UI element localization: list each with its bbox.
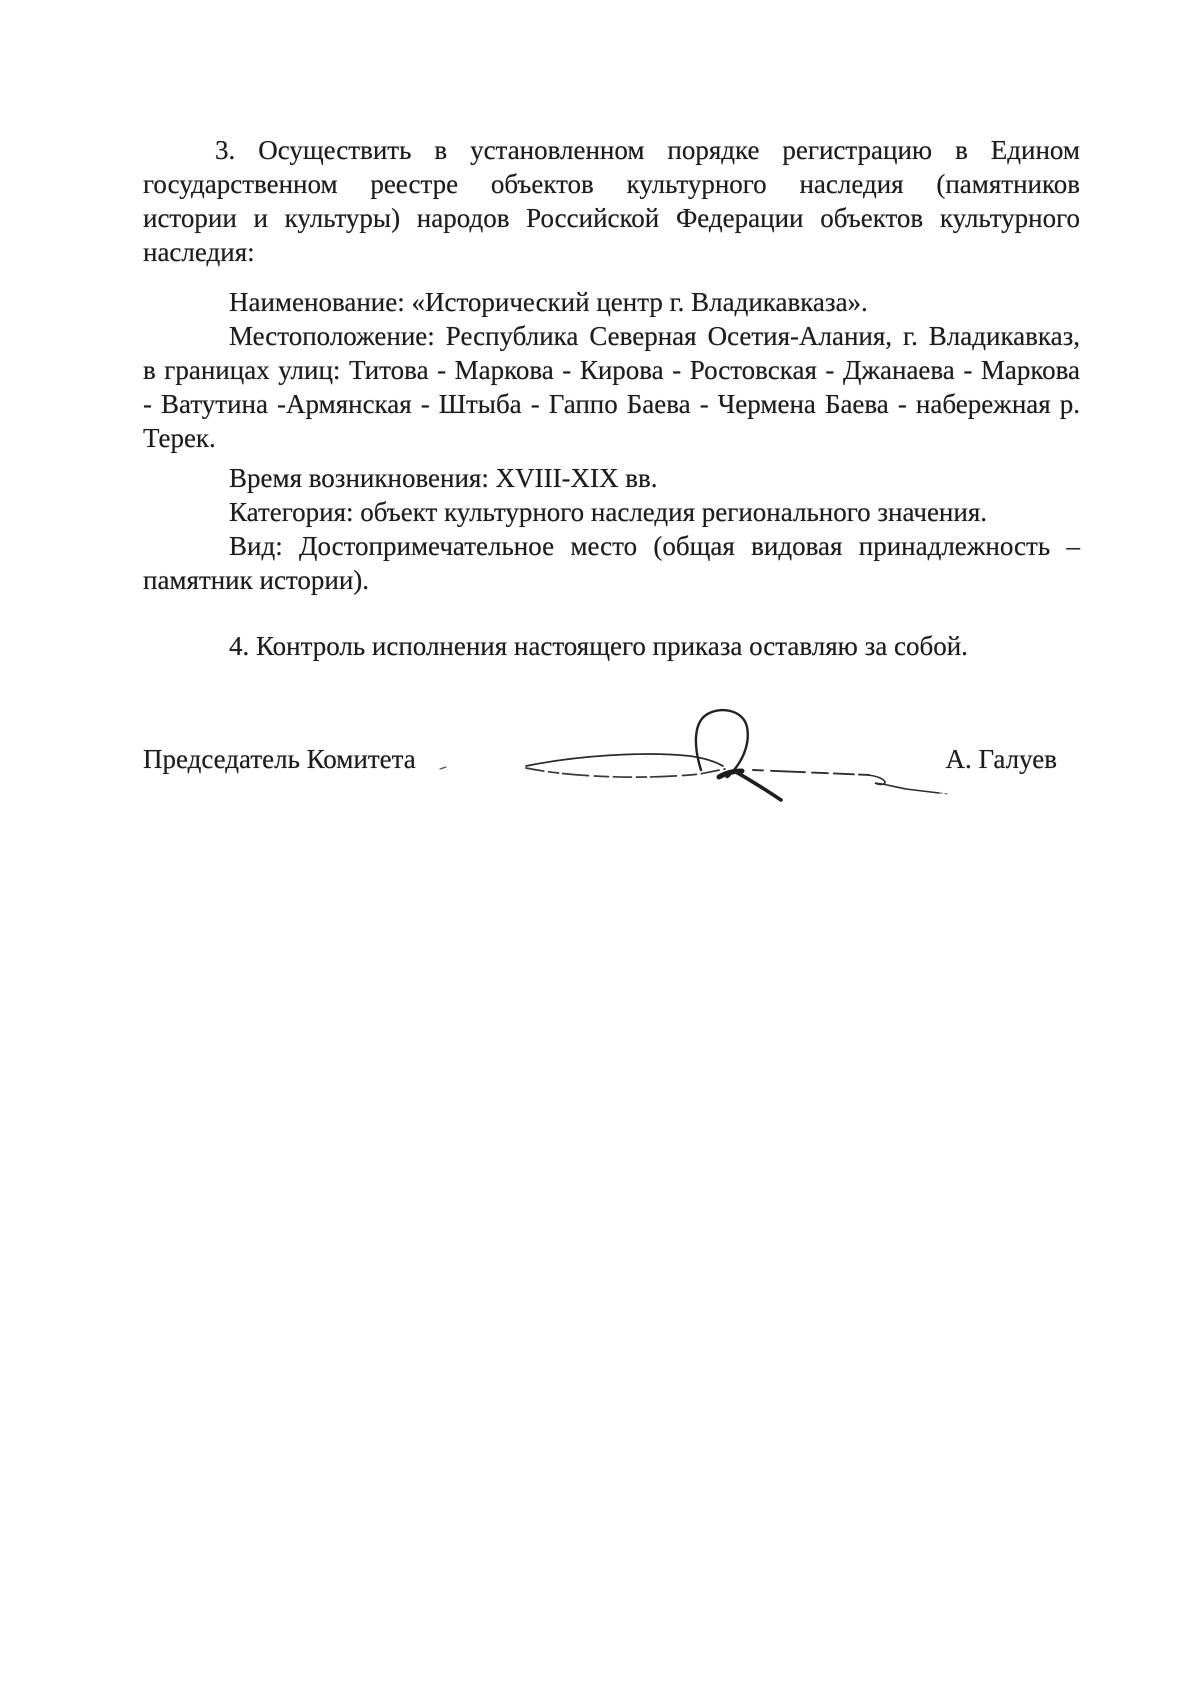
registry-location-line-1: Местоположение: Республика Северная Осет… <box>143 319 1080 353</box>
order-item3-line-4: наследия: <box>143 235 1080 269</box>
signer-position-title: Председатель Комитета <box>143 742 416 776</box>
registry-kind-line-2: памятник истории). <box>143 563 1080 597</box>
order-item3-line-2: государственном реестре объектов культур… <box>143 167 1080 201</box>
registry-location-line-4: Терек. <box>143 421 1080 455</box>
registry-name-line: Наименование: «Исторический центр г. Вла… <box>143 285 1080 319</box>
order-item3-line-1: 3. Осуществить в установленном порядке р… <box>143 133 1080 167</box>
order-text-block: 3. Осуществить в установленном порядке р… <box>143 133 1080 663</box>
scanned-order-page: 3. Осуществить в установленном порядке р… <box>0 0 1200 1698</box>
registry-location-line-3: - Ватутина -Армянская - Штыба - Гаппо Ба… <box>143 387 1080 421</box>
order-item4-line: 4. Контроль исполнения настоящего приказ… <box>143 629 1080 663</box>
registry-location-line-2: в границах улиц: Титова - Маркова - Киро… <box>143 353 1080 387</box>
handwritten-signature-icon <box>430 695 980 830</box>
registry-time-line: Время возникновения: XVIII-XIX вв. <box>143 461 1080 495</box>
registry-kind-line-1: Вид: Достопримечательное место (общая ви… <box>143 529 1080 563</box>
order-item3-line-3: истории и культуры) народов Российской Ф… <box>143 201 1080 235</box>
registry-category-line: Категория: объект культурного наследия р… <box>143 495 1080 529</box>
